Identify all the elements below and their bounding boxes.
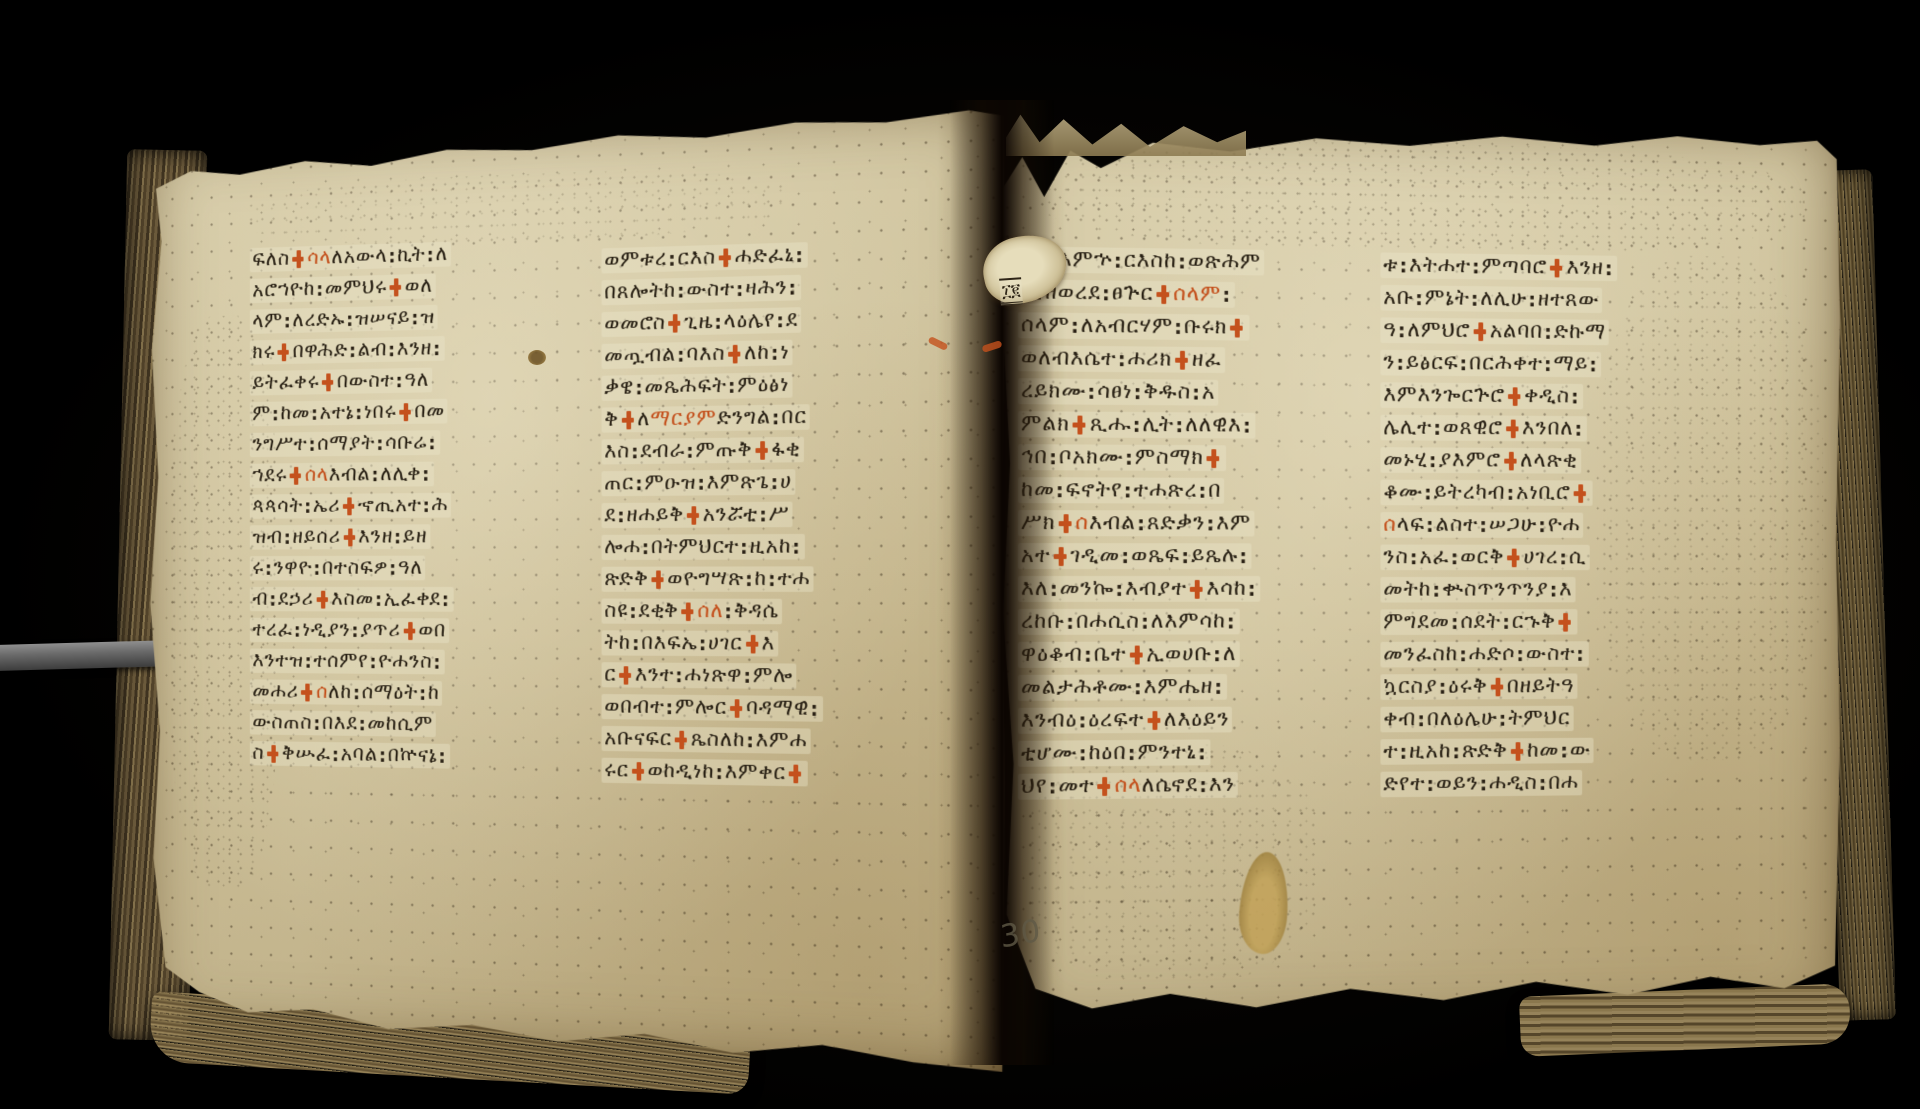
- black-ink-text: ቅ: [604, 407, 619, 432]
- black-ink-text: ጠር: [604, 471, 634, 496]
- black-ink-text: ምጣባሮ: [1482, 254, 1548, 280]
- word-divider: :: [418, 681, 428, 706]
- black-ink-text: ያጥሪ: [360, 618, 401, 643]
- word-divider: :: [758, 502, 768, 528]
- word-divider: :: [268, 587, 278, 611]
- text-line: ዓ:ለምህሮአልባበ:ድኩማ: [1380, 317, 1608, 345]
- word-divider: :: [676, 342, 686, 367]
- red-cross-separator: [1130, 644, 1144, 665]
- black-ink-text: ው: [1570, 738, 1591, 764]
- black-ink-text: ላም: [252, 309, 283, 334]
- black-ink-text: ለለዊእ: [1185, 412, 1242, 438]
- word-divider: :: [345, 307, 355, 332]
- black-ink-text: ርእስ: [678, 245, 717, 271]
- word-divider: :: [393, 524, 403, 549]
- black-ink-text: በዋሕድ: [293, 338, 348, 364]
- black-ink-text: ላዕሌየ: [724, 308, 776, 335]
- text-line: ከመ:ፍኖትየ:ተሐጽረ:በ: [1018, 477, 1225, 504]
- word-divider: :: [1498, 706, 1508, 731]
- text-line: ትከ:በእፍኤ:ሀገርእ: [602, 630, 778, 656]
- black-ink-text: ወመሮስ: [604, 310, 665, 337]
- black-ink-text: ለእምሳከ: [1151, 609, 1226, 635]
- word-divider: :: [264, 556, 274, 580]
- text-line: እንብዕ:ዕረፍተለእዕይን: [1018, 707, 1232, 734]
- black-ink-text: መሐሪ: [252, 679, 298, 704]
- word-divider: :: [354, 400, 364, 425]
- word-divider: :: [308, 432, 318, 457]
- black-ink-text: ሐነጽዋ: [685, 663, 743, 689]
- black-ink-text: ዘሐይቅ: [626, 502, 684, 528]
- black-ink-text: ጸድቃን: [1147, 510, 1206, 536]
- word-divider: :: [713, 309, 723, 335]
- black-ink-text: ፍለስ: [252, 247, 290, 272]
- black-ink-text: ርኁቅ: [1512, 609, 1556, 634]
- text-line: ስዩ:ደቂቅሰለ:ቅዳሴ: [602, 599, 782, 625]
- word-divider: :: [1450, 609, 1461, 635]
- black-ink-text: ተ: [1383, 739, 1398, 765]
- red-cross-separator: [343, 527, 355, 547]
- text-line: ላም:ለረድኡ:ዝሠናይ:ዝ: [250, 305, 438, 334]
- black-ink-text: ለላጽቂ: [1520, 448, 1578, 474]
- black-ink-text: ሎሐ: [604, 535, 641, 560]
- black-ink-text: አልባበ: [1490, 319, 1543, 345]
- word-divider: :: [1086, 379, 1097, 405]
- red-cross-separator: [755, 440, 768, 461]
- black-ink-text: ወለ: [405, 274, 433, 299]
- word-divider: :: [441, 587, 451, 612]
- text-line: አቡ:ምኔት:ለሊሁ:ዘተጸው: [1380, 285, 1602, 313]
- red-cross-separator: [301, 682, 313, 702]
- text-line: አቡናፍርጼስለከ:እምሐ: [602, 726, 811, 754]
- black-ink-text: ሳቡሬ: [385, 430, 427, 455]
- black-ink-text: በውስተ: [337, 368, 395, 394]
- black-ink-text: ሐድሶ: [1469, 641, 1516, 667]
- parchment-stain-small: [528, 350, 546, 365]
- black-ink-text: አንሯቲ: [703, 502, 759, 528]
- black-ink-text: ወይን: [1436, 771, 1479, 797]
- black-ink-text: ወምቱረ: [604, 246, 667, 273]
- black-ink-text: እስመ: [331, 587, 374, 612]
- black-ink-text: ተሐ: [777, 566, 810, 592]
- red-cross-separator: [652, 569, 665, 589]
- word-divider: :: [432, 336, 442, 361]
- word-divider: :: [310, 401, 320, 426]
- black-ink-text: እብል: [1089, 510, 1136, 536]
- text-line: ንግሥተ:ሰማያት:ሳቡሬ:: [250, 430, 440, 457]
- red-ink-word: ሳላ: [307, 245, 331, 270]
- text-line: ጠር:ምዑዝ:እምጽጌ:ሀ: [602, 469, 795, 496]
- black-ink-text: ሩ: [252, 556, 264, 580]
- word-divider: :: [1197, 739, 1208, 765]
- word-divider: :: [1136, 510, 1147, 536]
- text-line: በጸሎትከ:ውስተ:ዛሕን:: [602, 275, 801, 306]
- black-ink-text: ሥክ: [1021, 510, 1056, 536]
- black-ink-text: በመ: [414, 399, 445, 424]
- word-divider: :: [771, 405, 781, 431]
- black-ink-text: ውስተ: [686, 277, 735, 304]
- word-divider: :: [1065, 609, 1076, 635]
- word-divider: :: [634, 375, 644, 400]
- black-ink-text: ፍኖትየ: [1066, 477, 1123, 503]
- black-ink-text: ሀ: [780, 469, 792, 495]
- black-ink-text: እሳከ: [1206, 576, 1246, 602]
- black-ink-text: ሰማዕት: [362, 680, 418, 705]
- word-divider: :: [1133, 674, 1144, 700]
- word-divider: :: [770, 340, 780, 366]
- word-divider: :: [348, 338, 358, 363]
- black-ink-text: ቅዱስ: [1143, 379, 1191, 405]
- folio-number-pencil: 30: [998, 912, 1043, 955]
- word-divider: :: [331, 742, 341, 767]
- black-ink-text: ን: [1383, 350, 1395, 376]
- black-ink-text: ንግሥተ: [252, 432, 307, 457]
- word-divider: :: [1527, 287, 1537, 313]
- word-divider: :: [312, 711, 322, 736]
- black-ink-text: ዚአከ: [750, 534, 792, 560]
- red-cross-separator: [1506, 418, 1519, 439]
- black-ink-text: ረይክሙ: [1021, 378, 1087, 404]
- black-ink-text: ዓለ: [398, 556, 423, 581]
- word-divider: :: [1226, 609, 1237, 635]
- text-line: እምኍ:ርእስከ:ወጽሕም: [1056, 247, 1264, 276]
- word-divider: :: [735, 276, 745, 302]
- red-cross-separator: [293, 249, 305, 269]
- word-divider: :: [1078, 740, 1089, 766]
- black-ink-text: ፋቂ: [771, 437, 800, 463]
- black-ink-text: እንተዝ: [252, 649, 303, 674]
- word-divider: :: [271, 402, 281, 426]
- black-ink-text: ምልክ: [1021, 411, 1070, 437]
- black-ink-text: ዮሐንስ: [378, 649, 432, 674]
- text-line: ቲሆሙ:ከዕበ:ምንተኒ:: [1018, 739, 1211, 766]
- black-ink-text: ወጸዊሮ: [1443, 415, 1503, 441]
- text-line: መትከ:ቊስጥንጥንያ:እ: [1380, 577, 1575, 603]
- black-ink-text: ይጼሉ: [1191, 543, 1238, 569]
- black-ink-text: መከሲም: [367, 712, 433, 737]
- black-ink-text: ምጡቅ: [696, 437, 753, 463]
- text-line: ሌሊተ:ወጸዊሮእንበለ:: [1380, 415, 1586, 442]
- word-divider: :: [1470, 286, 1481, 312]
- word-divider: :: [1423, 480, 1434, 506]
- word-divider: :: [809, 696, 820, 722]
- quire-mark: ፲፪: [999, 277, 1023, 305]
- red-ink-word: ሰላም: [1173, 281, 1221, 307]
- black-ink-text: ዕረፍተ: [1088, 707, 1144, 733]
- black-ink-text: ላፍ: [1397, 512, 1425, 538]
- word-divider: :: [303, 494, 313, 518]
- red-cross-separator: [1511, 741, 1524, 762]
- text-line: ዋዕቆብ:ቤተኢወሀቡ:ለ: [1018, 641, 1239, 668]
- black-ink-text: ሐዲስ: [1489, 770, 1538, 796]
- black-ink-text: ሰላም: [1021, 312, 1070, 338]
- word-divider: :: [312, 556, 322, 580]
- black-ink-text: አ: [1202, 380, 1216, 406]
- word-divider: :: [1537, 513, 1547, 538]
- text-line: ክሩበዋሕድ:ልብ:እንዘ:: [250, 336, 445, 365]
- text-line: ምግደመ:ሰደት:ርኁቅ: [1380, 609, 1577, 635]
- black-ink-text: ዘፈ: [1192, 347, 1222, 373]
- black-ink-text: ያእምሮ: [1438, 448, 1501, 474]
- text-line: ውስጠስ:በእደ:መከሲም: [250, 710, 436, 737]
- black-ink-text: ም: [252, 402, 271, 427]
- black-ink-text: ንዋዮ: [274, 556, 313, 580]
- black-ink-text: ይትፈቀሩ: [252, 370, 319, 396]
- black-ink-text: አባል: [341, 742, 378, 767]
- text-line: ቱ:እትሐተ:ምጣባሮእንዘ:: [1380, 252, 1617, 281]
- word-divider: :: [427, 430, 437, 455]
- black-ink-text: ሀገረ: [1523, 545, 1558, 570]
- black-ink-text: ቃዌ: [604, 375, 634, 401]
- red-cross-separator: [632, 761, 645, 782]
- word-divider: :: [1083, 642, 1094, 668]
- black-ink-text: ለ: [637, 407, 650, 432]
- word-divider: :: [426, 242, 436, 267]
- black-ink-text: ደ: [604, 503, 616, 528]
- text-line: ሥክሰእብል:ጸድቃን:እም: [1018, 510, 1254, 536]
- word-divider: :: [1458, 642, 1469, 668]
- word-divider: :: [1124, 445, 1135, 471]
- black-ink-text: እንበለ: [1522, 416, 1573, 442]
- black-ink-text: ፀጕር: [1112, 280, 1154, 306]
- word-divider: :: [791, 534, 801, 560]
- black-ink-text: በዘይትዓ: [1507, 674, 1574, 700]
- black-ink-text: እንተ: [635, 662, 674, 688]
- red-cross-separator: [1053, 546, 1067, 567]
- text-line: አተገዲመ:ወጼፍ:ይጼሉ:: [1018, 543, 1252, 569]
- black-ink-text: ይዘ: [403, 524, 427, 549]
- black-ink-text: እብል: [329, 462, 371, 487]
- red-cross-separator: [1504, 450, 1517, 471]
- word-divider: :: [1570, 384, 1580, 409]
- word-divider: :: [696, 470, 706, 495]
- word-divider: :: [616, 503, 626, 528]
- word-divider: :: [438, 744, 448, 769]
- black-ink-text: ድንግል: [717, 405, 771, 431]
- black-ink-text: እምጽጌ: [707, 469, 770, 495]
- black-ink-text: ወዮግሣጽ: [667, 566, 744, 591]
- black-ink-text: ወበብተ: [604, 694, 664, 720]
- text-line: እምእንጐርጕሮቀዲስ:: [1380, 382, 1583, 409]
- red-cross-separator: [403, 621, 415, 641]
- black-ink-text: መተ: [1058, 773, 1094, 799]
- black-ink-text: እ: [1559, 577, 1572, 602]
- black-ink-text: ከ: [428, 681, 440, 706]
- black-ink-text: ዕሩቅ: [1448, 674, 1487, 700]
- word-divider: :: [432, 650, 442, 675]
- black-ink-text: ከ: [755, 566, 767, 591]
- word-divider: :: [1049, 576, 1060, 602]
- red-cross-separator: [675, 729, 688, 750]
- word-divider: :: [387, 337, 397, 362]
- word-divider: :: [371, 462, 381, 487]
- black-ink-text: ተሰምየ: [313, 649, 368, 674]
- word-divider: :: [715, 759, 725, 785]
- black-ink-text: በእፍኤ: [641, 631, 698, 657]
- word-divider: :: [676, 278, 686, 304]
- text-line: ንስ:አፈ:ወርቅሀገረ:ሲ: [1380, 545, 1589, 571]
- word-divider: :: [1397, 318, 1408, 344]
- word-divider: :: [1113, 248, 1124, 274]
- text-line: ሎሐ:በትምህርተ:ዚአከ:: [602, 534, 805, 560]
- word-divider: :: [641, 535, 651, 560]
- red-cross-separator: [728, 343, 741, 364]
- text-line: ሩርወከዲነከ:እምቀር: [602, 758, 808, 787]
- text-line: ቀብ:በለዕሌሁ:ትምህር: [1380, 706, 1573, 733]
- word-divider: :: [1451, 739, 1462, 765]
- text-line: ኅበ:ቦአክሙ:ምስማክ: [1018, 444, 1227, 471]
- word-divider: :: [1538, 770, 1548, 795]
- red-cross-separator: [1508, 386, 1521, 407]
- black-ink-text: ህየ: [1021, 774, 1047, 800]
- red-cross-separator: [267, 744, 279, 764]
- black-ink-text: መልታሕቶሙ: [1021, 674, 1133, 700]
- text-line: ጳጳሳት:ኤሪኆጢአተ:ሕ: [250, 493, 451, 519]
- red-cross-separator: [789, 763, 802, 784]
- black-ink-text: መኑሂ: [1383, 447, 1428, 473]
- black-ink-text: ሐሪክ: [1128, 346, 1173, 372]
- black-ink-text: ምዑዝ: [644, 470, 696, 496]
- black-ink-text: ኪት: [397, 242, 425, 268]
- word-divider: :: [1123, 478, 1134, 504]
- word-divider: :: [1399, 739, 1410, 765]
- black-ink-text: ሠጋሁ: [1489, 512, 1537, 538]
- red-cross-separator: [687, 505, 700, 526]
- text-line: ብ:ደኃሪእስመ:ኢፈቀደ:: [250, 587, 454, 612]
- text-line: ጽድቅወዮግሣጽ:ከ:ተሐ: [602, 566, 814, 592]
- black-ink-text: ልብ: [358, 337, 387, 362]
- black-ink-text: ክሩ: [252, 340, 275, 365]
- black-ink-text: ኢወሀቡ: [1146, 641, 1212, 667]
- text-line: ፍለስሳላለአውላ:ኪት:ለ: [250, 242, 451, 273]
- red-cross-separator: [343, 496, 355, 516]
- word-divider: :: [1197, 478, 1208, 504]
- black-ink-text: ተሐጽረ: [1134, 478, 1198, 504]
- black-ink-text: አተ: [1021, 543, 1051, 569]
- black-ink-text: ቅሡፈ: [282, 741, 331, 766]
- black-ink-text: ከመ: [1527, 738, 1559, 764]
- text-line: መልታሕቶሙ:እምሔዘ:: [1018, 674, 1227, 701]
- word-divider: :: [665, 695, 675, 720]
- black-ink-text: በሐሲስ: [1076, 609, 1140, 635]
- word-divider: :: [744, 566, 754, 591]
- black-ink-text: ምስማክ: [1135, 445, 1204, 471]
- word-divider: :: [388, 556, 398, 581]
- black-ink-text: አቡናፍር: [604, 726, 672, 752]
- text-line: ቃዌ:መጼሕፍት:ምዕፅነ: [602, 372, 793, 401]
- black-ink-text: ለአብርሃም: [1081, 313, 1173, 340]
- text-line: መሐሪሰለከ:ሰማዕት:ከ: [250, 679, 443, 705]
- red-cross-separator: [278, 342, 290, 362]
- black-ink-text: እምእንጐርጕሮ: [1383, 382, 1505, 408]
- black-ink-text: በጸሎትከ: [604, 278, 676, 305]
- word-divider: :: [630, 439, 640, 464]
- black-ink-text: ምሎ: [753, 663, 793, 689]
- word-divider: :: [1543, 351, 1553, 376]
- word-divider: :: [388, 243, 398, 268]
- black-ink-text: ሀገር: [708, 631, 743, 657]
- text-line: ሰላም:ለአብርሃም:ቡሩክ: [1018, 312, 1250, 340]
- black-ink-text: ገዲመ: [1070, 543, 1120, 569]
- text-line: እስ:ደብራ:ምጡቅፋቂ: [602, 437, 804, 465]
- word-divider: :: [315, 277, 325, 302]
- text-line: መንፈስከ:ሐድሶ:ውስተ:: [1380, 641, 1588, 667]
- text-line: ተ:ዚአከ:ጽድቅከመ:ው: [1380, 738, 1593, 765]
- red-cross-separator: [1230, 317, 1244, 338]
- black-ink-text: በትምህርተ: [651, 534, 739, 560]
- black-ink-text: ማይ: [1553, 352, 1588, 378]
- word-divider: :: [742, 663, 752, 688]
- black-ink-text: ለ: [435, 242, 447, 267]
- word-divider: :: [1478, 512, 1489, 537]
- black-ink-text: በእደ: [322, 711, 358, 736]
- text-line: ረይክሙ:ሳፀነ:ቅዱስ:አ: [1018, 378, 1219, 405]
- black-ink-text: ኢፈቀደ: [384, 587, 441, 612]
- black-ink-text: ሕ: [432, 493, 449, 518]
- red-cross-separator: [322, 372, 334, 392]
- text-line: ቅለማርያምድንግል:በር: [602, 404, 810, 432]
- black-ink-text: እስ: [604, 439, 630, 464]
- black-ink-text: ለረድኡ: [293, 307, 346, 333]
- word-divider: :: [369, 649, 379, 674]
- word-divider: :: [1426, 771, 1437, 797]
- black-ink-text: ቀብ: [1383, 707, 1416, 733]
- black-ink-text: ለከ: [744, 340, 770, 366]
- word-divider: :: [1120, 543, 1131, 569]
- black-ink-text: በርሕቀተ: [1469, 351, 1543, 377]
- black-ink-text: ሐድፈኒ: [735, 243, 795, 270]
- word-divider: :: [1515, 641, 1525, 666]
- word-divider: :: [1395, 350, 1406, 376]
- black-ink-text: እንዘ: [358, 525, 393, 550]
- red-cross-separator: [1207, 448, 1221, 469]
- black-ink-text: እንዘ: [1566, 255, 1603, 281]
- black-ink-text: ቡሩክ: [1184, 314, 1227, 340]
- black-ink-text: ደቂቅ: [638, 599, 678, 624]
- left-page-column-2: ወምቱረ:ርእስሐድፈኒ:በጸሎትከ:ውስተ:ዛሕን:ወመሮስጊዜ:ላዕሌየ:ደ…: [602, 238, 955, 796]
- word-divider: :: [1191, 380, 1202, 406]
- black-ink-text: እንብዕ: [1021, 708, 1078, 734]
- text-line: እለ:መንኰ:እብያተእሳከ:: [1018, 576, 1260, 602]
- text-line: ዝብ:ዘይሰሪእንዘ:ይዘ: [250, 524, 430, 549]
- black-ink-text: ዘተጸው: [1538, 287, 1600, 313]
- black-ink-text: ሰደት: [1460, 609, 1501, 635]
- red-cross-separator: [1190, 578, 1204, 599]
- black-ink-text: ዓ: [1383, 317, 1396, 343]
- red-cross-separator: [746, 633, 759, 654]
- black-ink-text: ጽድቅ: [1462, 738, 1508, 764]
- black-ink-text: ጺሑ: [1090, 412, 1132, 438]
- word-divider: :: [727, 373, 737, 399]
- red-cross-separator: [668, 313, 681, 334]
- word-divider: :: [1198, 772, 1209, 798]
- red-ink-word: ሰ: [1383, 512, 1396, 538]
- text-line: ህየ:መተሰላለሴኖደ:እን: [1018, 772, 1238, 800]
- word-divider: :: [1438, 674, 1449, 700]
- word-divider: :: [1543, 319, 1553, 344]
- black-ink-text: እምቀር: [725, 760, 786, 786]
- word-divider: :: [1459, 351, 1470, 377]
- black-ink-text: ኤሪ: [313, 494, 341, 519]
- black-ink-text: ምግደመ: [1383, 609, 1450, 635]
- black-ink-text: አፈ: [1419, 545, 1449, 571]
- red-cross-separator: [316, 589, 328, 609]
- word-divider: :: [685, 438, 695, 463]
- text-line: ምልክጺሑ:ሊት:ለለዊእ:: [1018, 411, 1256, 438]
- black-ink-text: ሰማያት: [317, 431, 375, 456]
- black-ink-text: ምዕፅነ: [737, 372, 789, 398]
- word-divider: :: [674, 663, 684, 688]
- red-ink-word: ሰ: [316, 680, 328, 705]
